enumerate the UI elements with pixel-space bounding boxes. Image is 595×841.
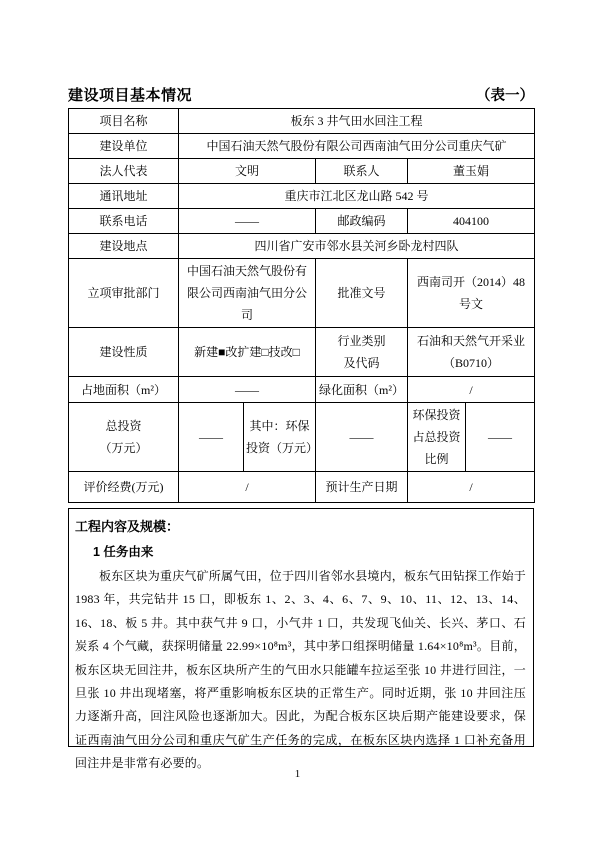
project-name-value: 板东 3 井气田水回注工程 (179, 109, 535, 134)
green-area-value: / (408, 377, 535, 403)
legal-representative-value: 文明 (179, 159, 316, 184)
total-investment-label: 总投资 （万元） (69, 403, 179, 472)
row-project-name: 项目名称 板东 3 井气田水回注工程 (69, 109, 535, 134)
construction-nature-value: 新建■改扩建□技改□ (179, 328, 316, 377)
row-mailing-address: 通讯地址 重庆市江北区龙山路 542 号 (69, 184, 535, 209)
env-investment-ratio-value: —— (466, 403, 535, 472)
content-heading: 工程内容及规模： (75, 515, 526, 539)
contact-person-label: 联系人 (316, 159, 408, 184)
production-date-label: 预计生产日期 (316, 472, 408, 503)
row-construction-site: 建设地点 四川省广安市邻水县关河乡卧龙村四队 (69, 234, 535, 259)
row-area: 占地面积（m²） —— 绿化面积（m²） / (69, 377, 535, 403)
postal-code-value: 404100 (408, 209, 535, 234)
industry-category-value: 石油和天然气开采业 （B0710） (408, 328, 535, 377)
phone-label: 联系电话 (69, 209, 179, 234)
construction-site-label: 建设地点 (69, 234, 179, 259)
construction-unit-value: 中国石油天然气股份有限公司西南油气田分公司重庆气矿 (179, 134, 535, 159)
row-fee-date: 评价经费(万元) / 预计生产日期 / (69, 472, 535, 503)
approval-department-value: 中国石油天然气股份有 限公司西南油气田分公 司 (179, 259, 316, 328)
env-investment-value: —— (316, 403, 408, 472)
row-legal-representative: 法人代表 文明 联系人 董玉娟 (69, 159, 535, 184)
total-investment-value: —— (179, 403, 244, 472)
page-number: 1 (0, 768, 595, 780)
env-investment-label: 其中：环保 投资（万元） (244, 403, 316, 472)
postal-code-label: 邮政编码 (316, 209, 408, 234)
phone-value: —— (179, 209, 316, 234)
row-approval: 立项审批部门 中国石油天然气股份有 限公司西南油气田分公 司 批准文号 西南司开… (69, 259, 535, 328)
approval-department-label: 立项审批部门 (69, 259, 179, 328)
green-area-label: 绿化面积（m²） (316, 377, 408, 403)
table-number-tag: （表一） (476, 84, 534, 105)
construction-unit-label: 建设单位 (69, 134, 179, 159)
mailing-address-label: 通讯地址 (69, 184, 179, 209)
land-area-value: —— (179, 377, 316, 403)
row-construction-unit: 建设单位 中国石油天然气股份有限公司西南油气田分公司重庆气矿 (69, 134, 535, 159)
legal-representative-label: 法人代表 (69, 159, 179, 184)
env-investment-ratio-label: 环保投资 占总投资 比例 (408, 403, 466, 472)
land-area-label: 占地面积（m²） (69, 377, 179, 403)
construction-site-value: 四川省广安市邻水县关河乡卧龙村四队 (179, 234, 535, 259)
page-title: 建设项目基本情况 (68, 84, 192, 105)
section-title-task-origin: 1 任务由来 (93, 539, 526, 565)
row-phone-postcode: 联系电话 —— 邮政编码 404100 (69, 209, 535, 234)
evaluation-fee-value: / (179, 472, 316, 503)
project-content-box: 工程内容及规模： 1 任务由来 板东区块为重庆气矿所属气田，位于四川省邻水县境内… (68, 508, 534, 747)
evaluation-fee-label: 评价经费(万元) (69, 472, 179, 503)
row-investment: 总投资 （万元） —— 其中：环保 投资（万元） —— 环保投资 占总投资 比例… (69, 403, 535, 472)
project-name-label: 项目名称 (69, 109, 179, 134)
contact-person-value: 董玉娟 (408, 159, 535, 184)
approval-document-value: 西南司开（2014）48 号文 (408, 259, 535, 328)
row-nature-industry: 建设性质 新建■改扩建□技改□ 行业类别 及代码 石油和天然气开采业 （B071… (69, 328, 535, 377)
construction-nature-label: 建设性质 (69, 328, 179, 377)
task-origin-paragraph: 板东区块为重庆气矿所属气田，位于四川省邻水县境内，板东气田钻探工作始于 1983… (75, 565, 526, 776)
production-date-value: / (408, 472, 535, 503)
document-page: 建设项目基本情况 （表一） 项目名称 板东 3 井气田水回注工程 建设单位 中国… (68, 84, 534, 747)
industry-category-label: 行业类别 及代码 (316, 328, 408, 377)
mailing-address-value: 重庆市江北区龙山路 542 号 (179, 184, 535, 209)
approval-document-label: 批准文号 (316, 259, 408, 328)
basic-info-table: 项目名称 板东 3 井气田水回注工程 建设单位 中国石油天然气股份有限公司西南油… (68, 108, 535, 503)
document-header: 建设项目基本情况 （表一） (68, 84, 534, 102)
